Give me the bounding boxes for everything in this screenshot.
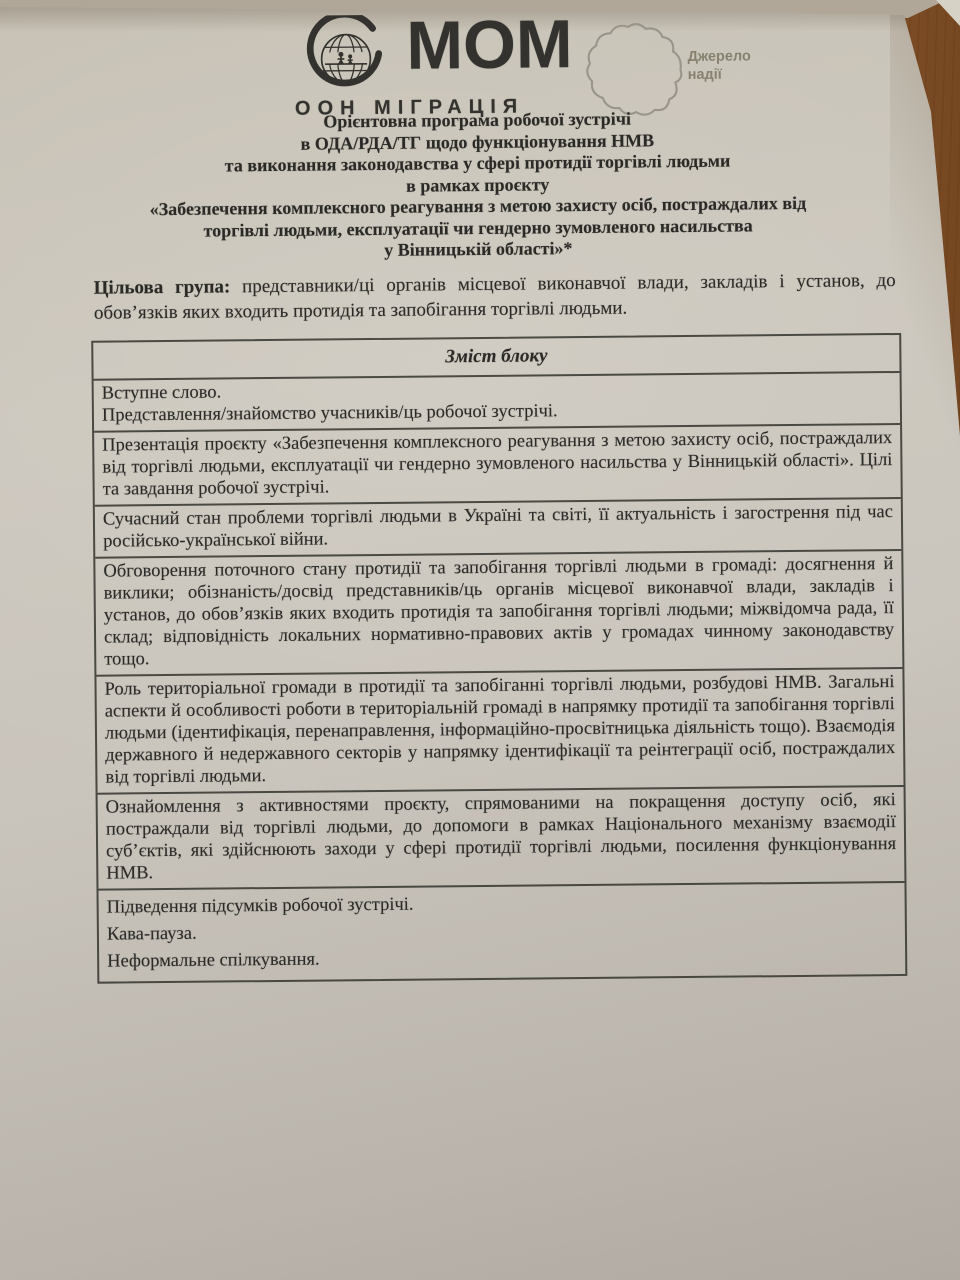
- table-row: Підведення підсумків робочої зустрічі. К…: [98, 881, 905, 982]
- logo-acronym: МОМ: [406, 13, 573, 77]
- iom-logo: МОМ ООН МІГРАЦІЯ: [294, 13, 585, 121]
- target-group-label: Цільова група:: [94, 276, 231, 298]
- table-row: Презентація проєкту «Забезпечення компле…: [94, 423, 901, 505]
- photo-scene: МОМ ООН МІГРАЦІЯ Джерело надії Орієнтовн…: [0, 0, 960, 1280]
- table-row: Сучасний стан проблеми торгівлі людьми в…: [95, 497, 901, 557]
- iom-globe-icon: [294, 15, 403, 100]
- stamp-text: Джерело надії: [687, 47, 751, 84]
- target-group: Цільова група: представники/ці органів м…: [94, 268, 896, 326]
- document-page: МОМ ООН МІГРАЦІЯ Джерело надії Орієнтовн…: [0, 0, 960, 1280]
- table-row: Вступне слово. Представлення/знайомство …: [94, 371, 900, 431]
- stamp-text-line1: Джерело: [687, 47, 750, 66]
- stamp-text-line2: надії: [688, 65, 751, 84]
- table-row: Обговорення поточного стану протидії та …: [95, 549, 902, 675]
- document-content: МОМ ООН МІГРАЦІЯ Джерело надії Орієнтовн…: [0, 0, 960, 1280]
- table-row: Ознайомлення з активностями проєкту, спр…: [98, 785, 905, 889]
- table-row: Роль територіальної громади в протидії т…: [96, 667, 903, 793]
- agenda-table: Зміст блоку Вступне слово. Представлення…: [91, 333, 907, 984]
- document-title: Орієнтовна програма робочої зустрічі в О…: [37, 106, 918, 265]
